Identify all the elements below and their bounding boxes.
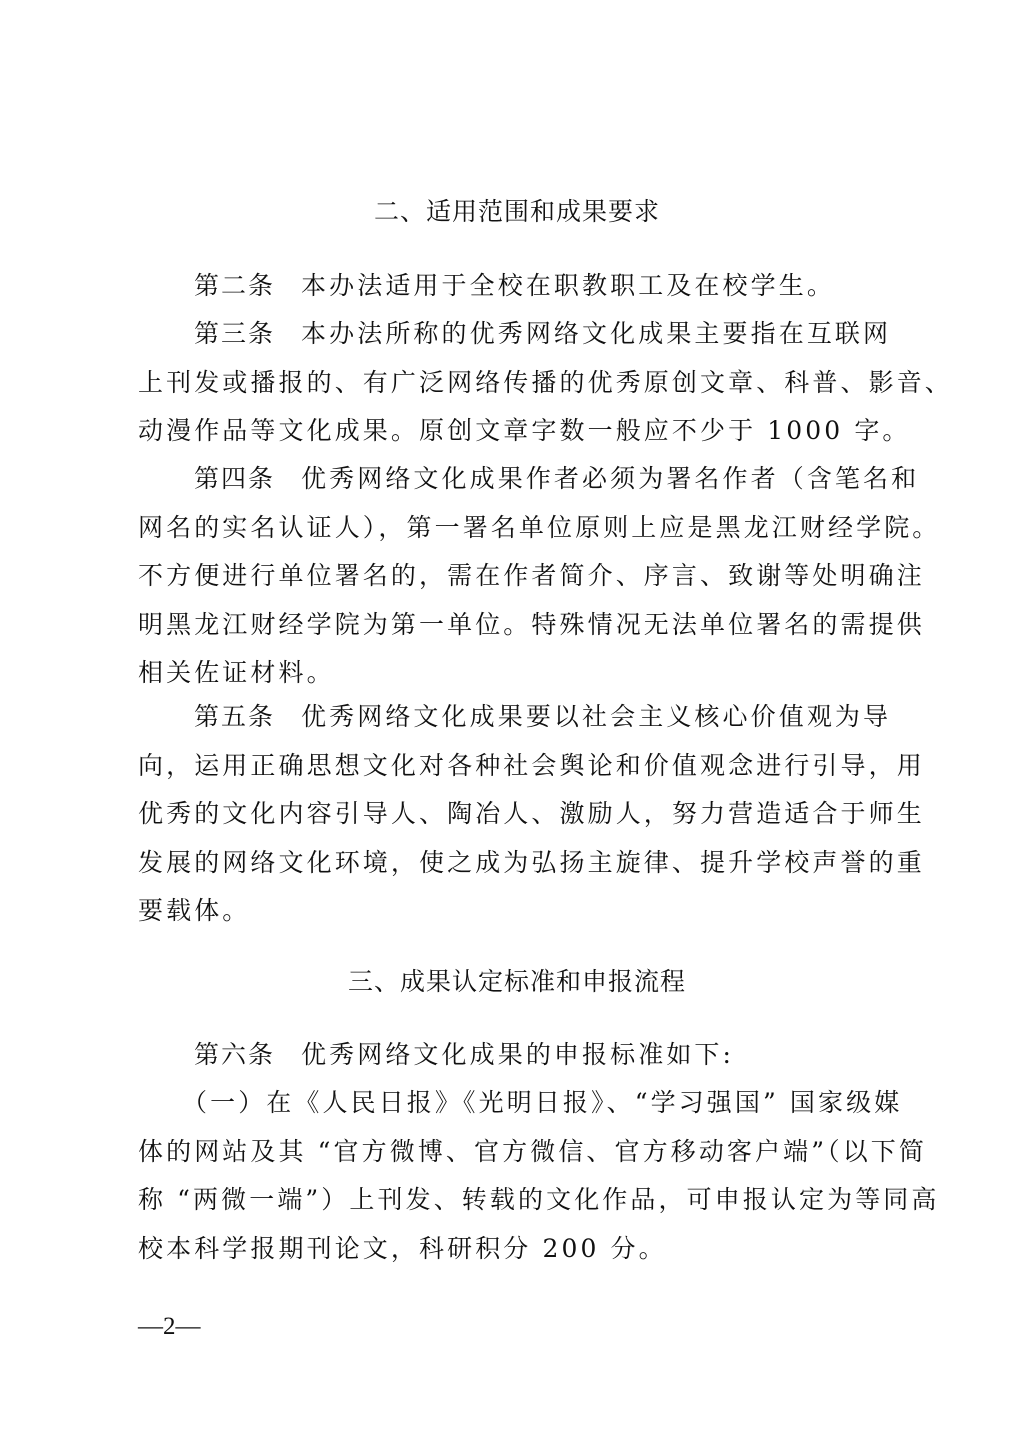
clause-line: 体的网站及其 “官方微博、官方微信、官方移动客户端”（以下简: [138, 1128, 896, 1177]
article-line: 网名的实名认证人），第一署名单位原则上应是黑龙江财经学院。: [138, 504, 896, 553]
article-2: 第二条本办法适用于全校在职教职工及在校学生。: [138, 262, 896, 311]
section-heading-scope: 二、适用范围和成果要求: [138, 194, 896, 230]
article-line: 上刊发或播报的、有广泛网络传播的优秀原创文章、科普、影音、: [138, 359, 896, 408]
document-page: 二、适用范围和成果要求 第二条本办法适用于全校在职教职工及在校学生。 第三条本办…: [0, 0, 1024, 1448]
article-line: 第六条优秀网络文化成果的申报标准如下:: [138, 1031, 896, 1080]
clause-line: 称 “两微一端”）上刊发、转载的文化作品，可申报认定为等同高: [138, 1176, 896, 1225]
clause-line: （一）在《人民日报》《光明日报》、“学习强国” 国家级媒: [138, 1079, 896, 1128]
article-line: 第四条优秀网络文化成果作者必须为署名作者（含笔名和: [138, 455, 896, 504]
article-line: 明黑龙江财经学院为第一单位。特殊情况无法单位署名的需提供: [138, 601, 896, 650]
article-line: 优秀的文化内容引导人、陶冶人、激励人，努力营造适合于师生: [138, 790, 896, 839]
clause-1: （一）在《人民日报》《光明日报》、“学习强国” 国家级媒 体的网站及其 “官方微…: [138, 1079, 896, 1273]
article-line: 相关佐证材料。: [138, 649, 896, 698]
article-number: 第四条: [194, 464, 275, 493]
article-4: 第四条优秀网络文化成果作者必须为署名作者（含笔名和 网名的实名认证人），第一署名…: [138, 455, 896, 698]
clause-line: 校本科学报期刊论文，科研积分 200 分。: [138, 1225, 896, 1274]
article-6: 第六条优秀网络文化成果的申报标准如下:: [138, 1031, 896, 1080]
article-number: 第六条: [194, 1040, 275, 1069]
page-number: —2—: [138, 1313, 201, 1341]
article-number: 第五条: [194, 702, 275, 731]
article-5: 第五条优秀网络文化成果要以社会主义核心价值观为导 向，运用正确思想文化对各种社会…: [138, 693, 896, 936]
article-line: 第三条本办法所称的优秀网络文化成果主要指在互联网: [138, 310, 896, 359]
section-heading-criteria: 三、成果认定标准和申报流程: [138, 964, 896, 1000]
article-line: 要载体。: [138, 887, 896, 936]
article-line: 不方便进行单位署名的，需在作者简介、序言、致谢等处明确注: [138, 552, 896, 601]
article-line: 发展的网络文化环境，使之成为弘扬主旋律、提升学校声誉的重: [138, 839, 896, 888]
article-line: 动漫作品等文化成果。原创文章字数一般应不少于 1000 字。: [138, 407, 896, 456]
article-line: 第五条优秀网络文化成果要以社会主义核心价值观为导: [138, 693, 896, 742]
article-line: 向，运用正确思想文化对各种社会舆论和价值观念进行引导，用: [138, 742, 896, 791]
article-number: 第二条: [194, 271, 275, 300]
article-3: 第三条本办法所称的优秀网络文化成果主要指在互联网 上刊发或播报的、有广泛网络传播…: [138, 310, 896, 456]
article-number: 第三条: [194, 319, 275, 348]
article-line: 第二条本办法适用于全校在职教职工及在校学生。: [138, 262, 896, 311]
